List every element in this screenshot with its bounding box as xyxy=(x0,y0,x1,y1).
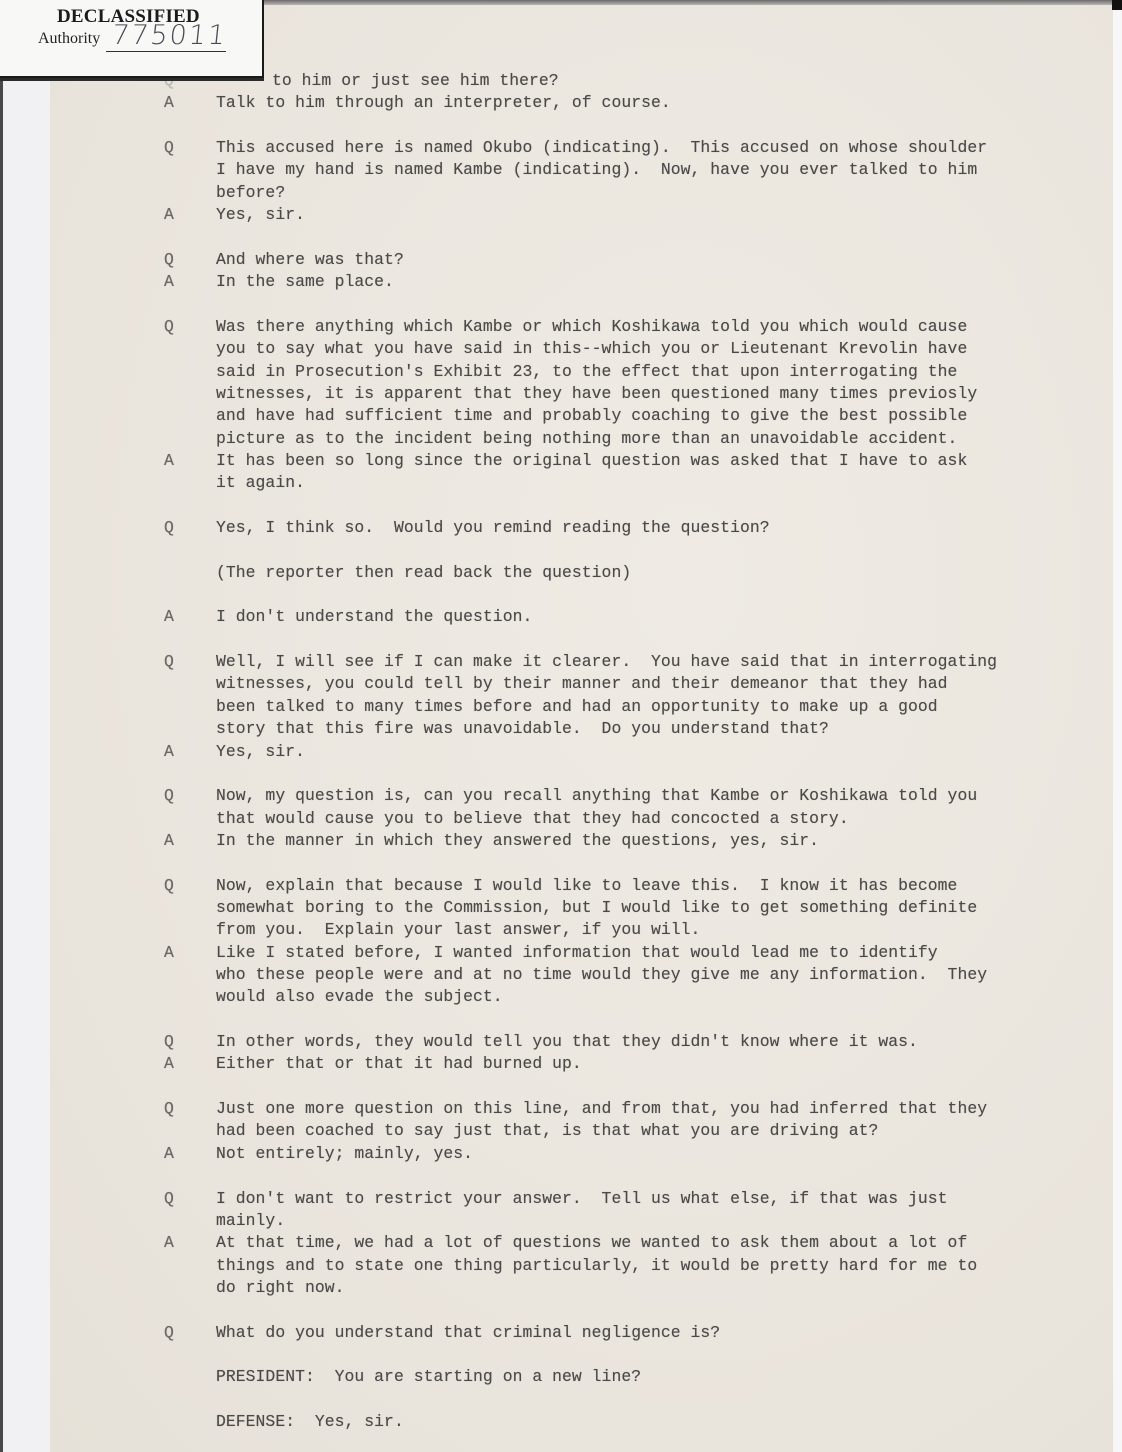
transcript-text: PRESIDENT: You are starting on a new lin… xyxy=(216,1366,641,1388)
answer-label: A xyxy=(162,92,176,114)
transcript-text: Not entirely; mainly, yes. xyxy=(216,1143,473,1165)
transcript-text: witnesses, it is apparent that they have… xyxy=(216,383,977,405)
transcript-text: picture as to the incident being nothing… xyxy=(216,428,957,450)
transcript-text: that would cause you to believe that the… xyxy=(216,808,849,830)
question-label: Q xyxy=(162,651,176,673)
transcript-text: Like I stated before, I wanted informati… xyxy=(216,942,938,964)
scan-margin-right xyxy=(1113,0,1122,1452)
transcript-text: Just one more question on this line, and… xyxy=(216,1098,987,1120)
transcript-text: In the manner in which they answered the… xyxy=(216,830,819,852)
transcript-text: And where was that? xyxy=(216,249,404,271)
answer-label: A xyxy=(162,942,176,964)
transcript-text: would also evade the subject. xyxy=(216,986,503,1008)
transcript-text: Was there anything which Kambe or which … xyxy=(216,316,967,338)
transcript-text: do right now. xyxy=(216,1277,345,1299)
transcript-text: you to say what you have said in this--w… xyxy=(216,338,967,360)
transcript-text: said in Prosecution's Exhibit 23, to the… xyxy=(216,361,957,383)
answer-label: A xyxy=(162,204,176,226)
transcript-text: witnesses, you could tell by their manne… xyxy=(216,673,948,695)
question-label: Q xyxy=(162,249,176,271)
transcript-text: In the same place. xyxy=(216,271,394,293)
transcript-text: things and to state one thing particular… xyxy=(216,1255,977,1277)
transcript-text: from you. Explain your last answer, if y… xyxy=(216,919,700,941)
transcript-text: story that this fire was unavoidable. Do… xyxy=(216,718,829,740)
question-label: Q xyxy=(162,137,176,159)
declassified-stamp: DECLASSIFIED Authority 775011 xyxy=(0,0,264,78)
transcript-text: I have my hand is named Kambe (indicatin… xyxy=(216,159,977,181)
transcript-text: Now, explain that because I would like t… xyxy=(216,875,957,897)
scan-corner xyxy=(1112,0,1122,10)
question-label: Q xyxy=(162,517,176,539)
transcript-text: Now, my question is, can you recall anyt… xyxy=(216,785,977,807)
transcript-text: before? xyxy=(216,182,285,204)
transcript-text: to him or just see him there? xyxy=(272,70,559,92)
answer-label: A xyxy=(162,1053,176,1075)
question-label: Q xyxy=(162,1322,176,1344)
transcript-text: DEFENSE: Yes, sir. xyxy=(216,1411,404,1433)
answer-label: A xyxy=(162,606,176,628)
transcript-text: Yes, sir. xyxy=(216,204,305,226)
stamp-signature-line xyxy=(106,51,226,52)
transcript-text: It has been so long since the original q… xyxy=(216,450,967,472)
stamp-authority-value: 775011 xyxy=(110,20,228,51)
transcript-text: I don't understand the question. xyxy=(216,606,532,628)
question-label: Q xyxy=(162,1031,176,1053)
transcript-text: (The reporter then read back the questio… xyxy=(216,562,631,584)
answer-label: A xyxy=(162,741,176,763)
transcript-text: Either that or that it had burned up. xyxy=(216,1053,582,1075)
scan-edge-left xyxy=(0,70,3,1452)
transcript-text: it again. xyxy=(216,472,305,494)
transcript-text: Talk to him through an interpreter, of c… xyxy=(216,92,671,114)
answer-label: A xyxy=(162,1143,176,1165)
transcript-text: Well, I will see if I can make it cleare… xyxy=(216,651,997,673)
transcript-text: somewhat boring to the Commission, but I… xyxy=(216,897,977,919)
question-label: Q xyxy=(162,785,176,807)
transcript-text: This accused here is named Okubo (indica… xyxy=(216,137,987,159)
transcript-text: been talked to many times before and had… xyxy=(216,696,938,718)
stamp-authority-label: Authority xyxy=(38,30,100,48)
transcript-text: In other words, they would tell you that… xyxy=(216,1031,918,1053)
question-label: Q xyxy=(162,1188,176,1210)
transcript-text: had been coached to say just that, is th… xyxy=(216,1120,878,1142)
question-label: Q xyxy=(162,316,176,338)
answer-label: A xyxy=(162,1232,176,1254)
transcript-text: and have had sufficient time and probabl… xyxy=(216,405,967,427)
question-label: Q xyxy=(162,1098,176,1120)
transcript-text: I don't want to restrict your answer. Te… xyxy=(216,1188,948,1210)
answer-label: A xyxy=(162,271,176,293)
transcript-text: who these people were and at no time wou… xyxy=(216,964,987,986)
answer-label: A xyxy=(162,830,176,852)
answer-label: A xyxy=(162,450,176,472)
transcript-text: At that time, we had a lot of questions … xyxy=(216,1232,967,1254)
transcript-text: mainly. xyxy=(216,1210,285,1232)
question-label: Q xyxy=(162,875,176,897)
transcript-text: Yes, sir. xyxy=(216,741,305,763)
scan-margin-left xyxy=(0,0,50,1452)
transcript-text: Yes, I think so. Would you remind readin… xyxy=(216,517,770,539)
transcript-text: What do you understand that criminal neg… xyxy=(216,1322,720,1344)
